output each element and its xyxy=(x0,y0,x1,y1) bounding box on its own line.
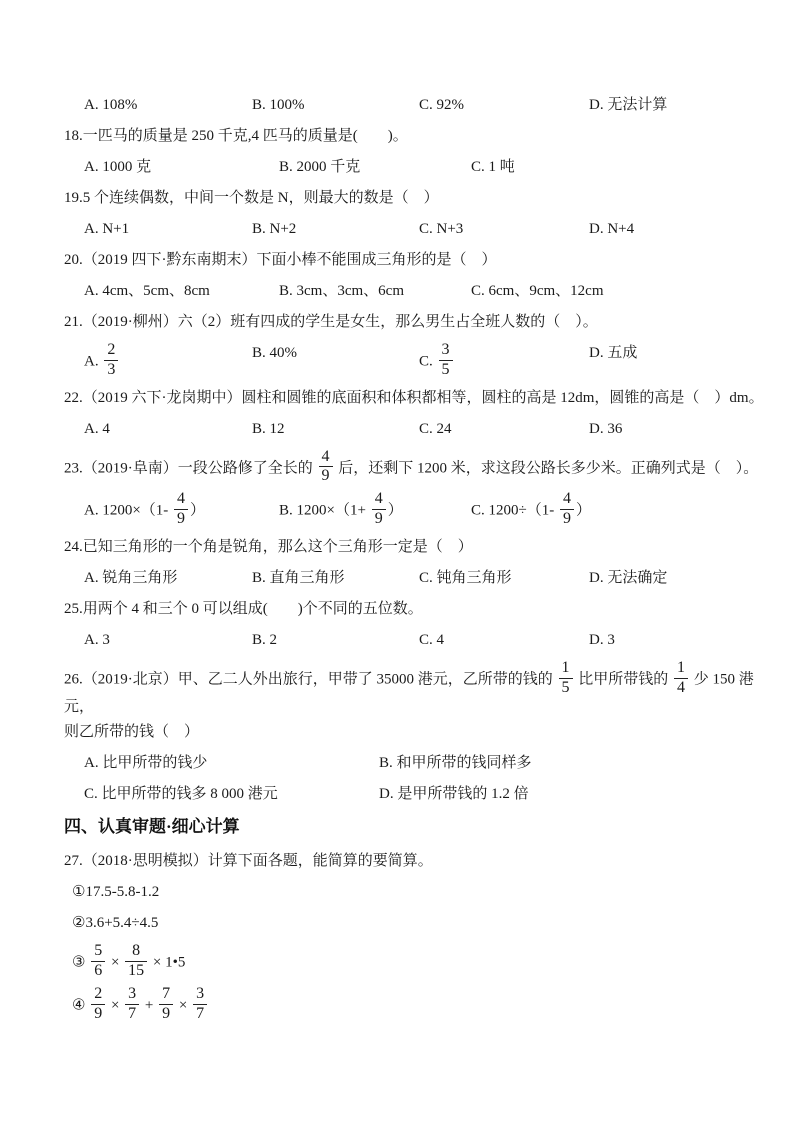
option: B. N+2 xyxy=(252,220,419,239)
fraction-denominator: 7 xyxy=(125,1004,139,1023)
fraction: 15 xyxy=(559,660,573,697)
option: B. 和甲所带的钱同样多 xyxy=(379,754,767,773)
option: A. 4cm、5cm、8cm xyxy=(84,282,279,301)
option: A. 3 xyxy=(84,631,252,650)
fraction-numerator: 3 xyxy=(439,342,453,360)
fraction-denominator: 5 xyxy=(439,360,453,379)
fraction-denominator: 7 xyxy=(193,1004,207,1023)
option: B. 12 xyxy=(252,420,419,439)
fraction-numerator: 7 xyxy=(159,986,173,1004)
q24-text: 24.已知三角形的一个角是锐角，那么这个三角形一定是（ ） xyxy=(64,538,767,557)
fraction: 49 xyxy=(372,491,386,528)
fraction: 23 xyxy=(104,342,118,379)
fraction: 79 xyxy=(159,986,173,1023)
option: D. 无法确定 xyxy=(589,569,767,588)
q22-text: 22.（2019 六下·龙岗期中）圆柱和圆锥的底面积和体积都相等，圆柱的高是 1… xyxy=(64,389,767,408)
fraction-numerator: 4 xyxy=(372,491,386,509)
fraction-numerator: 3 xyxy=(193,986,207,1004)
fraction-denominator: 15 xyxy=(125,961,147,980)
option: C. 24 xyxy=(419,420,589,439)
fraction: 815 xyxy=(125,943,147,980)
option: D. 五成 xyxy=(589,344,767,381)
q23-options: A. 1200×（1- 49）B. 1200×（1+ 49）C. 1200÷（1… xyxy=(64,493,767,530)
option: B. 3cm、3cm、6cm xyxy=(279,282,471,301)
option: D. 3 xyxy=(589,631,767,650)
option: B. 100% xyxy=(252,96,419,115)
q18-options: A. 1000 克B. 2000 千克C. 1 吨 xyxy=(64,158,767,177)
option: D. 36 xyxy=(589,420,767,439)
option: A. 比甲所带的钱少 xyxy=(84,754,379,773)
q20-text: 20.（2019 四下·黔东南期末）下面小棒不能围成三角形的是（ ） xyxy=(64,251,767,270)
fraction-denominator: 5 xyxy=(559,678,573,697)
fraction: 56 xyxy=(91,943,105,980)
option: C. 1 吨 xyxy=(471,158,767,177)
fraction: 49 xyxy=(174,491,188,528)
fraction-numerator: 2 xyxy=(91,986,105,1004)
fraction-denominator: 6 xyxy=(91,961,105,980)
q25-options: A. 3B. 2C. 4D. 3 xyxy=(64,631,767,650)
exam-document-page: A. 108%B. 100%C. 92%D. 无法计算18.一匹马的质量是 25… xyxy=(0,0,793,1122)
fraction-denominator: 9 xyxy=(319,466,333,485)
option: A. 4 xyxy=(84,420,252,439)
fraction: 35 xyxy=(439,342,453,379)
option: C. 钝角三角形 xyxy=(419,569,589,588)
q19-text: 19.5 个连续偶数，中间一个数是 N，则最大的数是（ ） xyxy=(64,189,767,208)
fraction: 49 xyxy=(319,449,333,486)
fraction-numerator: 3 xyxy=(125,986,139,1004)
q21-options: A. 23B. 40%C. 35D. 五成 xyxy=(64,344,767,381)
option: A. 1200×（1- 49） xyxy=(84,493,279,530)
fraction-denominator: 9 xyxy=(159,1004,173,1023)
q22-options: A. 4B. 12C. 24D. 36 xyxy=(64,420,767,439)
option: C. 1200÷（1- 49） xyxy=(471,493,767,530)
q26-text-line2: 则乙所带的钱（ ） xyxy=(64,723,767,742)
fraction-numerator: 8 xyxy=(129,943,143,961)
option: B. 2000 千克 xyxy=(279,158,471,177)
option: D. 是甲所带钱的 1.2 倍 xyxy=(379,785,767,804)
fraction: 37 xyxy=(125,986,139,1023)
q25-text: 25.用两个 4 和三个 0 可以组成( )个不同的五位数。 xyxy=(64,600,767,619)
exam-content: A. 108%B. 100%C. 92%D. 无法计算18.一匹马的质量是 25… xyxy=(64,96,767,1025)
option: A. N+1 xyxy=(84,220,252,239)
option: A. 23 xyxy=(84,344,252,381)
option: D. N+4 xyxy=(589,220,767,239)
fraction: 49 xyxy=(560,491,574,528)
q27-text: 27.（2018·思明模拟）计算下面各题，能简算的要简算。 xyxy=(64,852,767,871)
fraction-numerator: 4 xyxy=(319,449,333,467)
q20-options: A. 4cm、5cm、8cmB. 3cm、3cm、6cmC. 6cm、9cm、1… xyxy=(64,282,767,301)
q27-item-3: ③ 56 × 815 × 1•5 xyxy=(64,945,767,982)
fraction-numerator: 5 xyxy=(91,943,105,961)
fraction-denominator: 4 xyxy=(674,678,688,697)
q23-text: 23.（2019·阜南）一段公路修了全长的 49 后，还剩下 1200 米，求这… xyxy=(64,451,767,488)
q17-options: A. 108%B. 100%C. 92%D. 无法计算 xyxy=(64,96,767,115)
option: C. 4 xyxy=(419,631,589,650)
option: B. 2 xyxy=(252,631,419,650)
fraction: 14 xyxy=(674,660,688,697)
fraction: 29 xyxy=(91,986,105,1023)
fraction-numerator: 1 xyxy=(559,660,573,678)
fraction-numerator: 1 xyxy=(674,660,688,678)
q24-options: A. 锐角三角形B. 直角三角形C. 钝角三角形D. 无法确定 xyxy=(64,569,767,588)
q21-text: 21.（2019·柳州）六（2）班有四成的学生是女生，那么男生占全班人数的（ ）… xyxy=(64,313,767,332)
option: C. 35 xyxy=(419,344,589,381)
fraction-denominator: 9 xyxy=(372,509,386,528)
option: A. 锐角三角形 xyxy=(84,569,252,588)
fraction-numerator: 4 xyxy=(560,491,574,509)
q26-options-row1: A. 比甲所带的钱少B. 和甲所带的钱同样多 xyxy=(64,754,767,773)
fraction: 37 xyxy=(193,986,207,1023)
q27-item-4: ④ 29 × 37 + 79 × 37 xyxy=(64,988,767,1025)
fraction-denominator: 9 xyxy=(560,509,574,528)
q27-item-1: ①17.5-5.8-1.2 xyxy=(64,883,767,902)
fraction-denominator: 9 xyxy=(91,1004,105,1023)
option: C. 比甲所带的钱多 8 000 港元 xyxy=(84,785,379,804)
option: C. 6cm、9cm、12cm xyxy=(471,282,767,301)
option: D. 无法计算 xyxy=(589,96,767,115)
option: C. N+3 xyxy=(419,220,589,239)
option: A. 1000 克 xyxy=(84,158,279,177)
option: B. 40% xyxy=(252,344,419,381)
fraction-denominator: 3 xyxy=(104,360,118,379)
section-4-heading: 四、认真审题·细心计算 xyxy=(64,816,767,838)
q27-item-2: ②3.6+5.4÷4.5 xyxy=(64,914,767,933)
q26-text-line1: 26.（2019·北京）甲、乙二人外出旅行，甲带了 35000 港元，乙所带的钱… xyxy=(64,662,767,718)
q26-options-row2: C. 比甲所带的钱多 8 000 港元D. 是甲所带钱的 1.2 倍 xyxy=(64,785,767,804)
option: C. 92% xyxy=(419,96,589,115)
fraction-numerator: 2 xyxy=(104,342,118,360)
option: B. 1200×（1+ 49） xyxy=(279,493,471,530)
fraction-denominator: 9 xyxy=(174,509,188,528)
option: A. 108% xyxy=(84,96,252,115)
option: B. 直角三角形 xyxy=(252,569,419,588)
q18-text: 18.一匹马的质量是 250 千克,4 匹马的质量是( )。 xyxy=(64,127,767,146)
fraction-numerator: 4 xyxy=(174,491,188,509)
q19-options: A. N+1B. N+2C. N+3D. N+4 xyxy=(64,220,767,239)
